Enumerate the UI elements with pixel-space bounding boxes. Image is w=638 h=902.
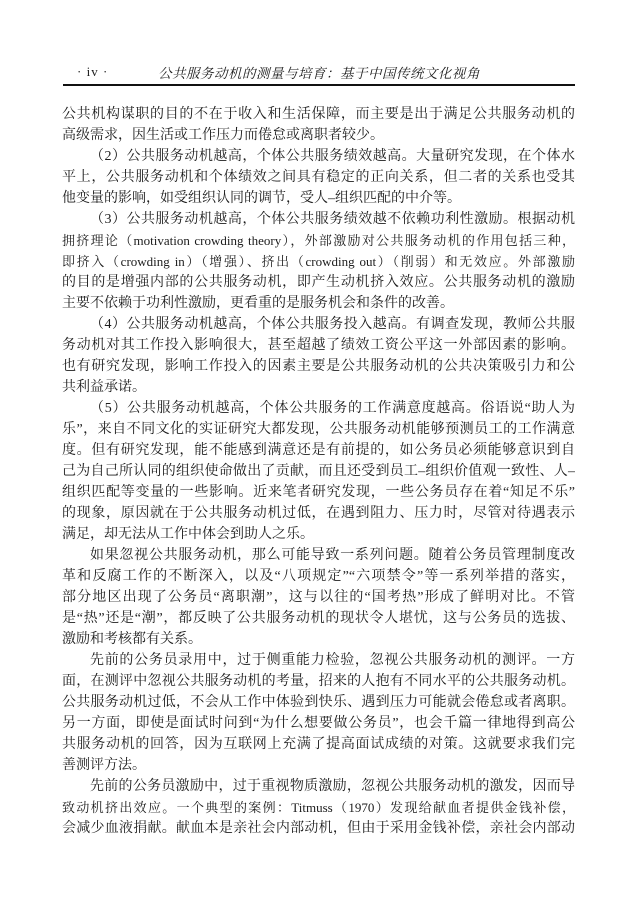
text-line: 如果忽视公共服务动机，那么可能导致一系列问题。随着公务员管理制度改 [62, 545, 575, 566]
text-line: 先前的公务员激励中，过于重视物质激励，忽视公共服务动机的激发，因而导 [62, 776, 575, 797]
text-line: （3）公共服务动机越高，个体公共服务绩效越不依赖功利性激励。根据动机 [62, 209, 575, 230]
text-line: 主要不依赖于功利性激励，更看重的是服务机会和条件的改善。 [62, 293, 575, 314]
text-line: 革和反腐工作的不断深入，以及“八项规定”“六项禁令”等一系列举措的落实， [62, 566, 575, 587]
text-line: 务动机对其工作投入影响很大，甚至超越了绩效工资公平这一外部因素的影响。 [62, 335, 575, 356]
text-line: 先前的公务员录用中，过于侧重能力检验，忽视公共服务动机的测评。一方 [62, 650, 575, 671]
text-line: 度。但有研究发现，能不能感到满意还是有前提的，如公务员必须能够意识到自 [62, 440, 575, 461]
text-line: 满足，却无法从工作中体会到助人之乐。 [62, 524, 575, 545]
header-rule [63, 84, 575, 86]
text-line: 激励和考核都有关系。 [62, 629, 575, 650]
text-line: 公共机构谋职的目的不在于收入和生活保障，而主要是出于满足公共服务动机的 [62, 104, 575, 125]
text-line: 也有研究发现，影响工作投入的因素主要是公共服务动机的公共决策吸引力和公 [62, 356, 575, 377]
text-line: 即挤入（crowding in）（增强）、挤出（crowding out）（削弱… [62, 251, 575, 272]
text-line: 会减少血液捐献。献血本是亲社会内部动机，但由于采用金钱补偿，亲社会内部动 [62, 818, 575, 839]
text-line: 平上，公共服务动机和个体绩效之间具有稳定的正向关系，但二者的关系也受其 [62, 167, 575, 188]
text-line: 拥挤理论（motivation crowding theory），外部激励对公共… [62, 230, 575, 251]
text-line: 面，在测评中忽视公共服务动机的考量，招来的人抱有不同水平的公共服务动机。 [62, 671, 575, 692]
text-line: 善测评方法。 [62, 755, 575, 776]
text-line: 共服务动机的回答，因为互联网上充满了提高面试成绩的对策。这就要求我们完 [62, 734, 575, 755]
text-line: 是“热”还是“潮”，都反映了公共服务动机的现状令人堪忧，这与公务员的选拔、 [62, 608, 575, 629]
page-number: · iv · [77, 64, 108, 80]
text-line: 组织匹配等变量的一些影响。近来笔者研究发现，一些公务员存在着“知足不乐” [62, 482, 575, 503]
running-title: 公共服务动机的测量与培育：基于中国传统文化视角 [63, 62, 575, 82]
text-line: 另一方面，即使是面试时问到“为什么想要做公务员”，也会千篇一律地得到高公 [62, 713, 575, 734]
text-line: （2）公共服务动机越高，个体公共服务绩效越高。大量研究发现，在个体水 [62, 146, 575, 167]
text-line: 己为自己所认同的组织使命做出了贡献，而且还受到员工–组织价值观一致性、人– [62, 461, 575, 482]
text-line: 共利益承诺。 [62, 377, 575, 398]
text-line: 致动机挤出效应。一个典型的案例：Titmuss（1970）发现给献血者提供金钱补… [62, 797, 575, 818]
text-line: 高级需求，因生活或工作压力而倦怠或离职者较少。 [62, 125, 575, 146]
page-header: · iv · 公共服务动机的测量与培育：基于中国传统文化视角 [63, 62, 575, 84]
text-line: 的现象，原因就在于公共服务动机过低，在遇到阻力、压力时，尽管对待遇表示 [62, 503, 575, 524]
text-line: 他变量的影响，如受组织认同的调节，受人–组织匹配的中介等。 [62, 188, 575, 209]
body-text: 公共机构谋职的目的不在于收入和生活保障，而主要是出于满足公共服务动机的高级需求，… [62, 104, 575, 839]
text-line: （5）公共服务动机越高，个体公共服务的工作满意度越高。俗语说“助人为 [62, 398, 575, 419]
text-line: 公共服务动机过低，不会从工作中体验到快乐、遇到压力可能就会倦怠或者离职。 [62, 692, 575, 713]
text-line: 部分地区出现了公务员“离职潮”，这与以往的“国考热”形成了鲜明对比。不管 [62, 587, 575, 608]
text-line: 乐”，来自不同文化的实证研究大都发现，公共服务动机能够预测员工的工作满意 [62, 419, 575, 440]
book-page: · iv · 公共服务动机的测量与培育：基于中国传统文化视角 公共机构谋职的目的… [0, 0, 638, 902]
text-line: （4）公共服务动机越高，个体公共服务投入越高。有调查发现，教师公共服 [62, 314, 575, 335]
text-line: 的目的是增强内部的公共服务动机，即产生动机挤入效应。公共服务动机的激励 [62, 272, 575, 293]
